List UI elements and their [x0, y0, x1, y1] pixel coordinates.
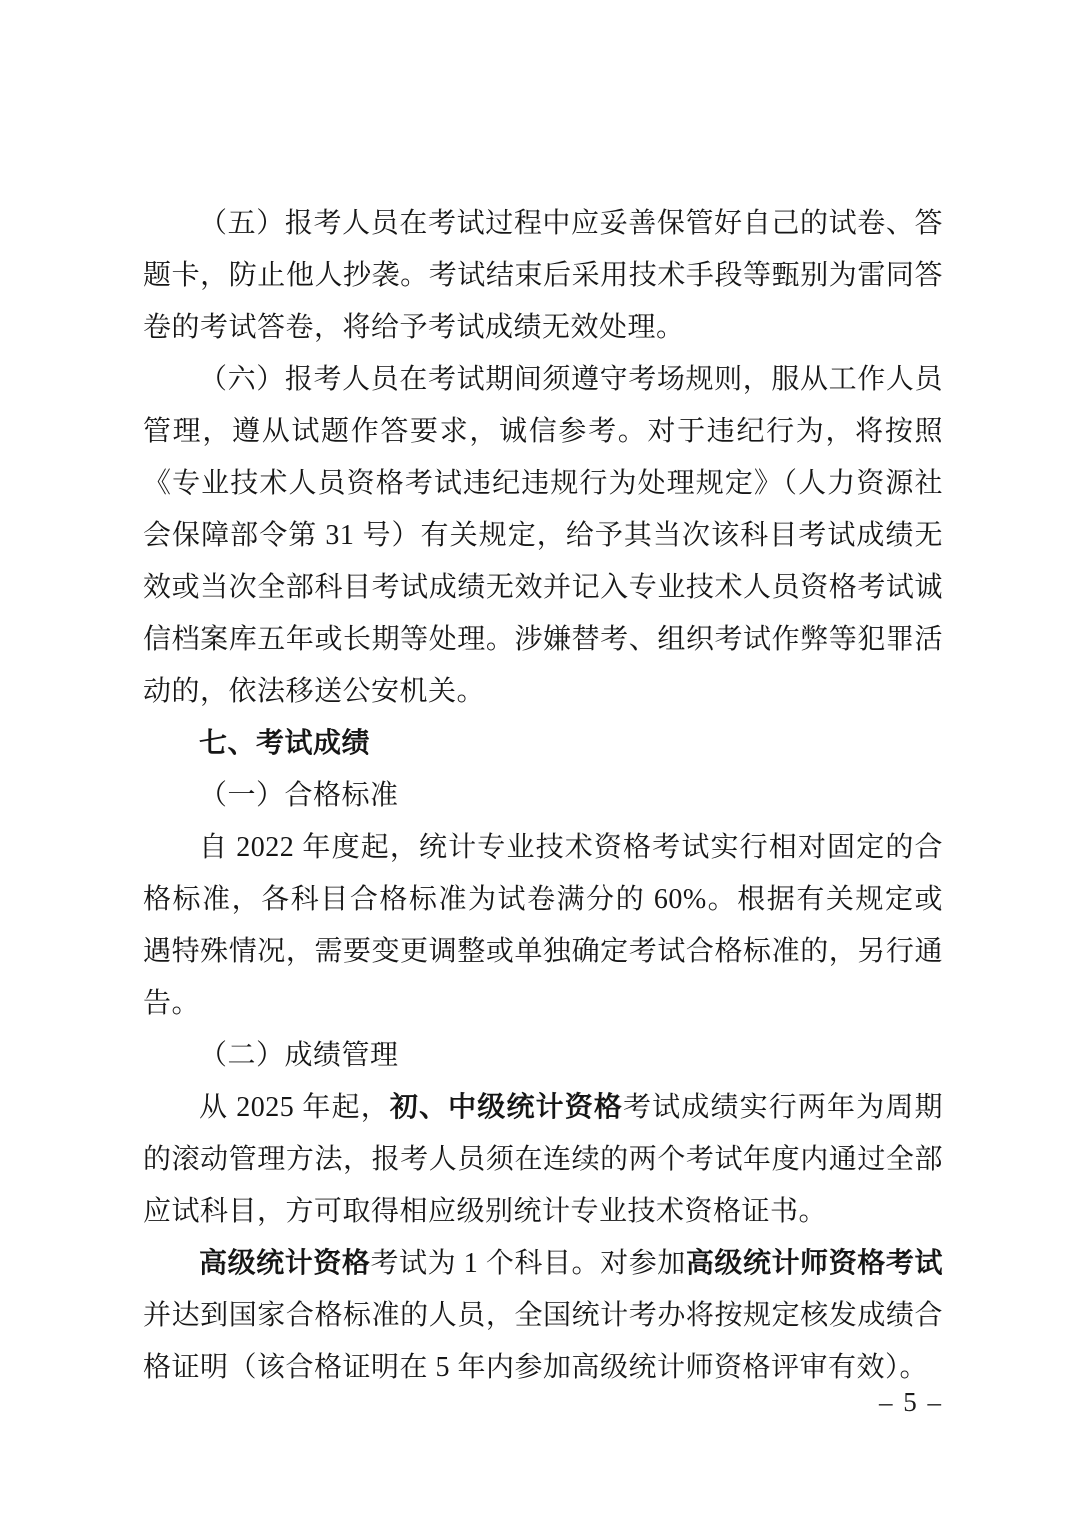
- paragraph-pass-standard: 自 2022 年度起，统计专业技术资格考试实行相对固定的合格标准，各科目合格标准…: [143, 822, 943, 1030]
- text-run: 并达到国家合格标准的人员，全国统计考办将按规定核发成绩合格证明（该合格证明在 5…: [143, 1300, 943, 1383]
- text-run: 考试为 1 个科目。对参加: [370, 1248, 685, 1279]
- text-run: 从 2025 年起，: [199, 1092, 390, 1123]
- paragraph-exam-paper-custody: （五）报考人员在考试过程中应妥善保管好自己的试卷、答题卡，防止他人抄袭。考试结束…: [143, 198, 943, 354]
- paragraph-exam-discipline: （六）报考人员在考试期间须遵守考场规则，服从工作人员管理，遵从试题作答要求，诚信…: [143, 354, 943, 718]
- text-run-bold-junior-mid-qualification: 初、中级统计资格: [390, 1092, 623, 1123]
- text-run-bold-senior-statistician-exam: 高级统计师资格考试: [686, 1248, 943, 1279]
- document-page: （五）报考人员在考试过程中应妥善保管好自己的试卷、答题卡，防止他人抄袭。考试结束…: [0, 0, 1074, 1520]
- document-body: （五）报考人员在考试过程中应妥善保管好自己的试卷、答题卡，防止他人抄袭。考试结束…: [143, 198, 943, 1394]
- subheading-score-management: （二）成绩管理: [143, 1030, 943, 1082]
- section-heading-exam-results: 七、考试成绩: [143, 718, 943, 770]
- page-number: – 5 –: [143, 1386, 943, 1418]
- paragraph-rolling-management: 从 2025 年起，初、中级统计资格考试成绩实行两年为周期的滚动管理方法，报考人…: [143, 1082, 943, 1238]
- text-run-bold-senior-qualification: 高级统计资格: [199, 1248, 370, 1279]
- subheading-pass-standard: （一）合格标准: [143, 770, 943, 822]
- paragraph-senior-qualification: 高级统计资格考试为 1 个科目。对参加高级统计师资格考试并达到国家合格标准的人员…: [143, 1238, 943, 1394]
